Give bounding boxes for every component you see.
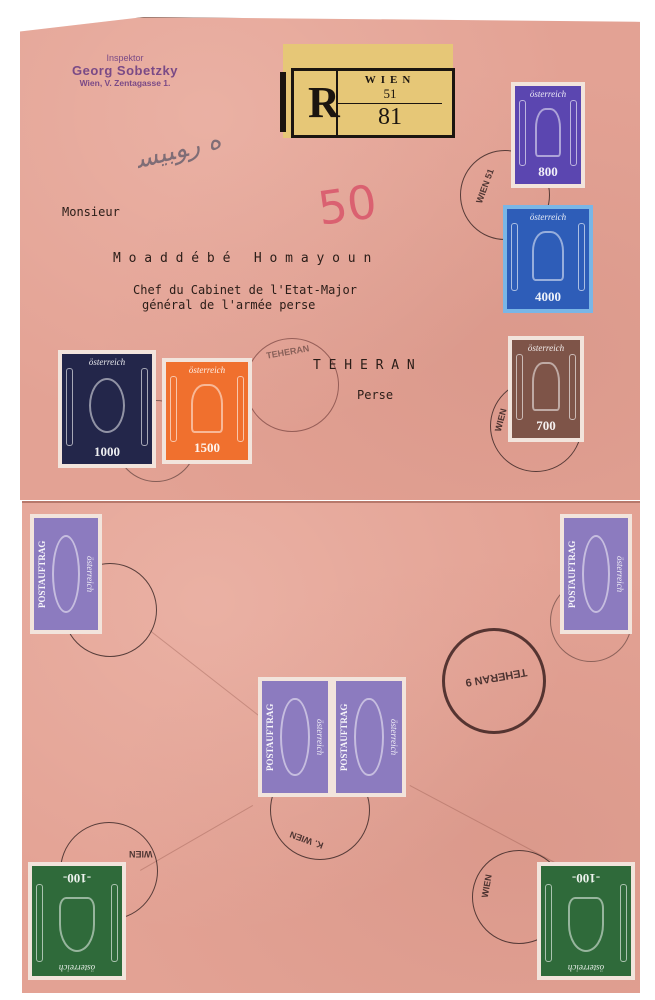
stamp-postauftrag-50: österreich POSTAUFTRAG [258,677,332,797]
address-name: M o a d d é b é H o m a y o u n [113,251,371,266]
sender-title: Inspektor [55,53,195,63]
stamp-100-k-inverted: österreich -100- [28,862,126,980]
stamp-postauftrag-50: österreich POSTAUFTRAG [332,677,406,797]
registration-label: R WIEN 51 81 [283,44,453,138]
stamp-postauftrag-50: österreich POSTAUFTRAG [560,514,632,634]
registration-number: 81 [338,104,442,131]
sender-address: Wien, V. Zentagasse 1. [55,78,195,88]
address-salutation: Monsieur [62,205,120,219]
stamp-800-kronen: österreich 800 [511,82,585,188]
sender-name: Georg Sobetzky [55,63,195,78]
postmark-teheran-arrival: TEHERAN 9 [442,628,546,734]
address-title-line2: général de l'armée perse [142,298,315,312]
address-country: Perse [357,388,393,402]
sender-handstamp: Inspektor Georg Sobetzky Wien, V. Zentag… [55,53,195,88]
red-pencil-mark: 50 [315,174,380,236]
address-title-line1: Chef du Cabinet de l'Etat-Major [133,283,357,297]
stamp-4000-k: österreich 4000 [503,205,593,313]
stamp-1500-k: österreich 1500 [162,358,252,464]
stamp-700-kronen: österreich 700 [508,336,584,442]
stamp-1000-k: österreich 1000 [58,350,156,468]
registration-city: WIEN [338,74,442,86]
stamp-100-k-inverted: österreich -100- [537,862,635,980]
registration-letter: R [308,77,340,128]
postmark-teheran: TEHERAN [245,338,339,432]
stamp-postauftrag-50: österreich POSTAUFTRAG [30,514,102,634]
registration-office: 51 [338,86,442,102]
